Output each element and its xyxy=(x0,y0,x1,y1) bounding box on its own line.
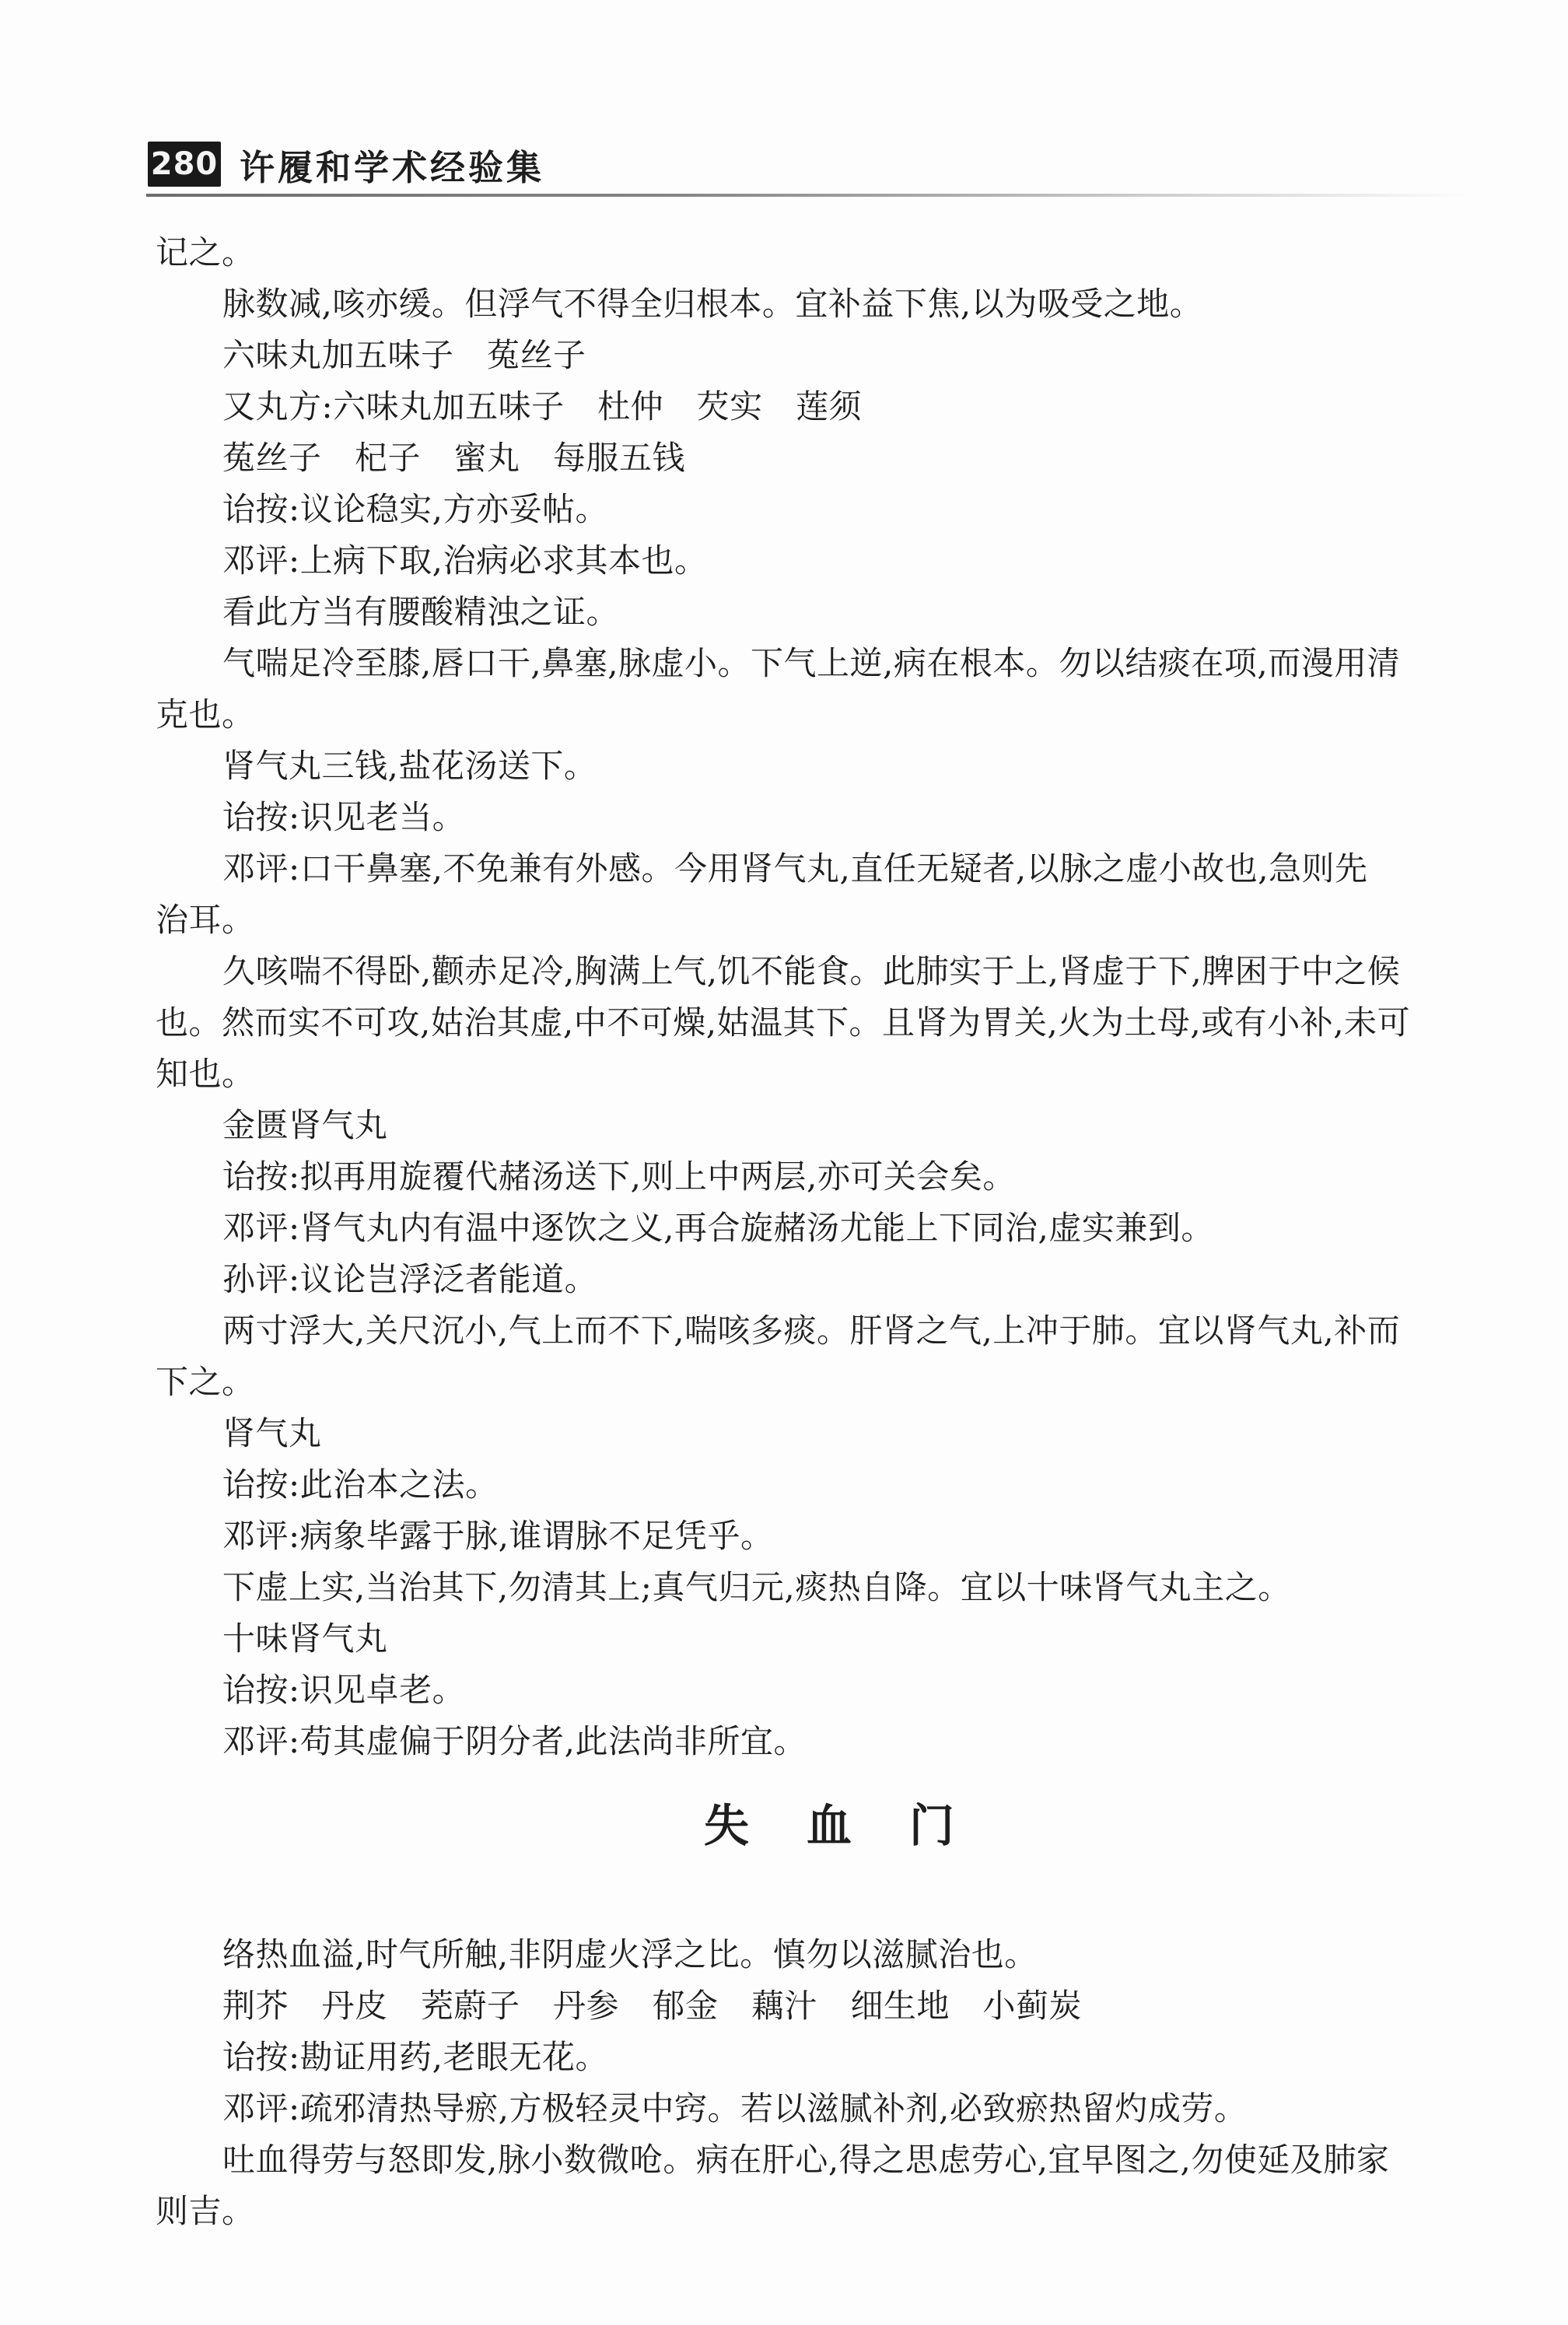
book-title: 许履和学术经验集 xyxy=(240,139,544,190)
text-line: 又丸方:六味丸加五味子 杜仲 芡实 莲须 xyxy=(156,381,1509,432)
text-line: 诒按:识见老当。 xyxy=(156,792,1509,843)
text-line: 诒按:识见卓老。 xyxy=(156,1665,1509,1716)
text-line: 克也。 xyxy=(156,689,1509,741)
book-page-scan: 280 许履和学术经验集 记之。脉数减,咳亦缓。但浮气不得全归根本。宜补益下焦,… xyxy=(0,0,1568,2325)
text-line: 知也。 xyxy=(156,1049,1509,1100)
text-line: 诒按:此治本之法。 xyxy=(156,1459,1509,1511)
text-line: 肾气丸 xyxy=(156,1408,1509,1459)
text-line: 肾气丸三钱,盐花汤送下。 xyxy=(156,741,1509,792)
section-heading: 失 血 门 xyxy=(156,1798,1509,1853)
text-line: 治耳。 xyxy=(156,895,1509,946)
text-line: 气喘足冷至膝,唇口干,鼻塞,脉虚小。下气上逆,病在根本。勿以结痰在项,而漫用清 xyxy=(156,638,1509,689)
text-line: 菟丝子 杞子 蜜丸 每服五钱 xyxy=(156,432,1509,484)
text-line: 则吉。 xyxy=(156,2186,1509,2237)
text-line: 吐血得劳与怒即发,脉小数微呛。病在肝心,得之思虑劳心,宜早图之,勿使延及肺家 xyxy=(156,2134,1509,2186)
text-line: 金匮肾气丸 xyxy=(156,1100,1509,1151)
text-line: 邓评:病象毕露于脉,谁谓脉不足凭乎。 xyxy=(156,1511,1509,1562)
text-line: 孙评:议论岂浮泛者能道。 xyxy=(156,1254,1509,1305)
page-body: 记之。脉数减,咳亦缓。但浮气不得全归根本。宜补益下焦,以为吸受之地。六味丸加五味… xyxy=(156,227,1509,2237)
text-line: 六味丸加五味子 菟丝子 xyxy=(156,330,1509,381)
text-line: 邓评:疏邪清热导瘀,方极轻灵中窍。若以滋腻补剂,必致瘀热留灼成劳。 xyxy=(156,2083,1509,2134)
text-line: 邓评:苟其虚偏于阴分者,此法尚非所宜。 xyxy=(156,1716,1509,1767)
page-number-badge: 280 xyxy=(148,142,221,187)
text-line: 络热血溢,时气所触,非阴虚火浮之比。慎勿以滋腻治也。 xyxy=(156,1929,1509,1980)
text-line: 诒按:勘证用药,老眼无花。 xyxy=(156,2032,1509,2083)
header-rule xyxy=(146,194,1472,197)
text-line: 久咳喘不得卧,颧赤足冷,胸满上气,饥不能食。此肺实于上,肾虚于下,脾困于中之候 xyxy=(156,946,1509,997)
text-line: 诒按:拟再用旋覆代赭汤送下,则上中两层,亦可关会矣。 xyxy=(156,1151,1509,1203)
text-line: 邓评:口干鼻塞,不免兼有外感。今用肾气丸,直任无疑者,以脉之虚小故也,急则先 xyxy=(156,843,1509,895)
text-line: 邓评:肾气丸内有温中逐饮之义,再合旋赭汤尤能上下同治,虚实兼到。 xyxy=(156,1203,1509,1254)
text-line: 荆芥 丹皮 茺蔚子 丹参 郁金 藕汁 细生地 小蓟炭 xyxy=(156,1980,1509,2032)
text-line: 十味肾气丸 xyxy=(156,1613,1509,1665)
text-line: 诒按:议论稳实,方亦妥帖。 xyxy=(156,484,1509,535)
text-line: 也。然而实不可攻,姑治其虚,中不可燥,姑温其下。且肾为胃关,火为土母,或有小补,… xyxy=(156,997,1509,1049)
text-line: 下之。 xyxy=(156,1357,1509,1408)
page-header: 280 许履和学术经验集 xyxy=(148,141,544,187)
text-line: 两寸浮大,关尺沉小,气上而不下,喘咳多痰。肝肾之气,上冲于肺。宜以肾气丸,补而 xyxy=(156,1305,1509,1357)
text-line: 脉数减,咳亦缓。但浮气不得全归根本。宜补益下焦,以为吸受之地。 xyxy=(156,278,1509,330)
text-line: 记之。 xyxy=(156,227,1509,278)
text-line: 下虚上实,当治其下,勿清其上;真气归元,痰热自降。宜以十味肾气丸主之。 xyxy=(156,1562,1509,1613)
text-line: 看此方当有腰酸精浊之证。 xyxy=(156,587,1509,638)
text-line: 邓评:上病下取,治病必求其本也。 xyxy=(156,535,1509,587)
